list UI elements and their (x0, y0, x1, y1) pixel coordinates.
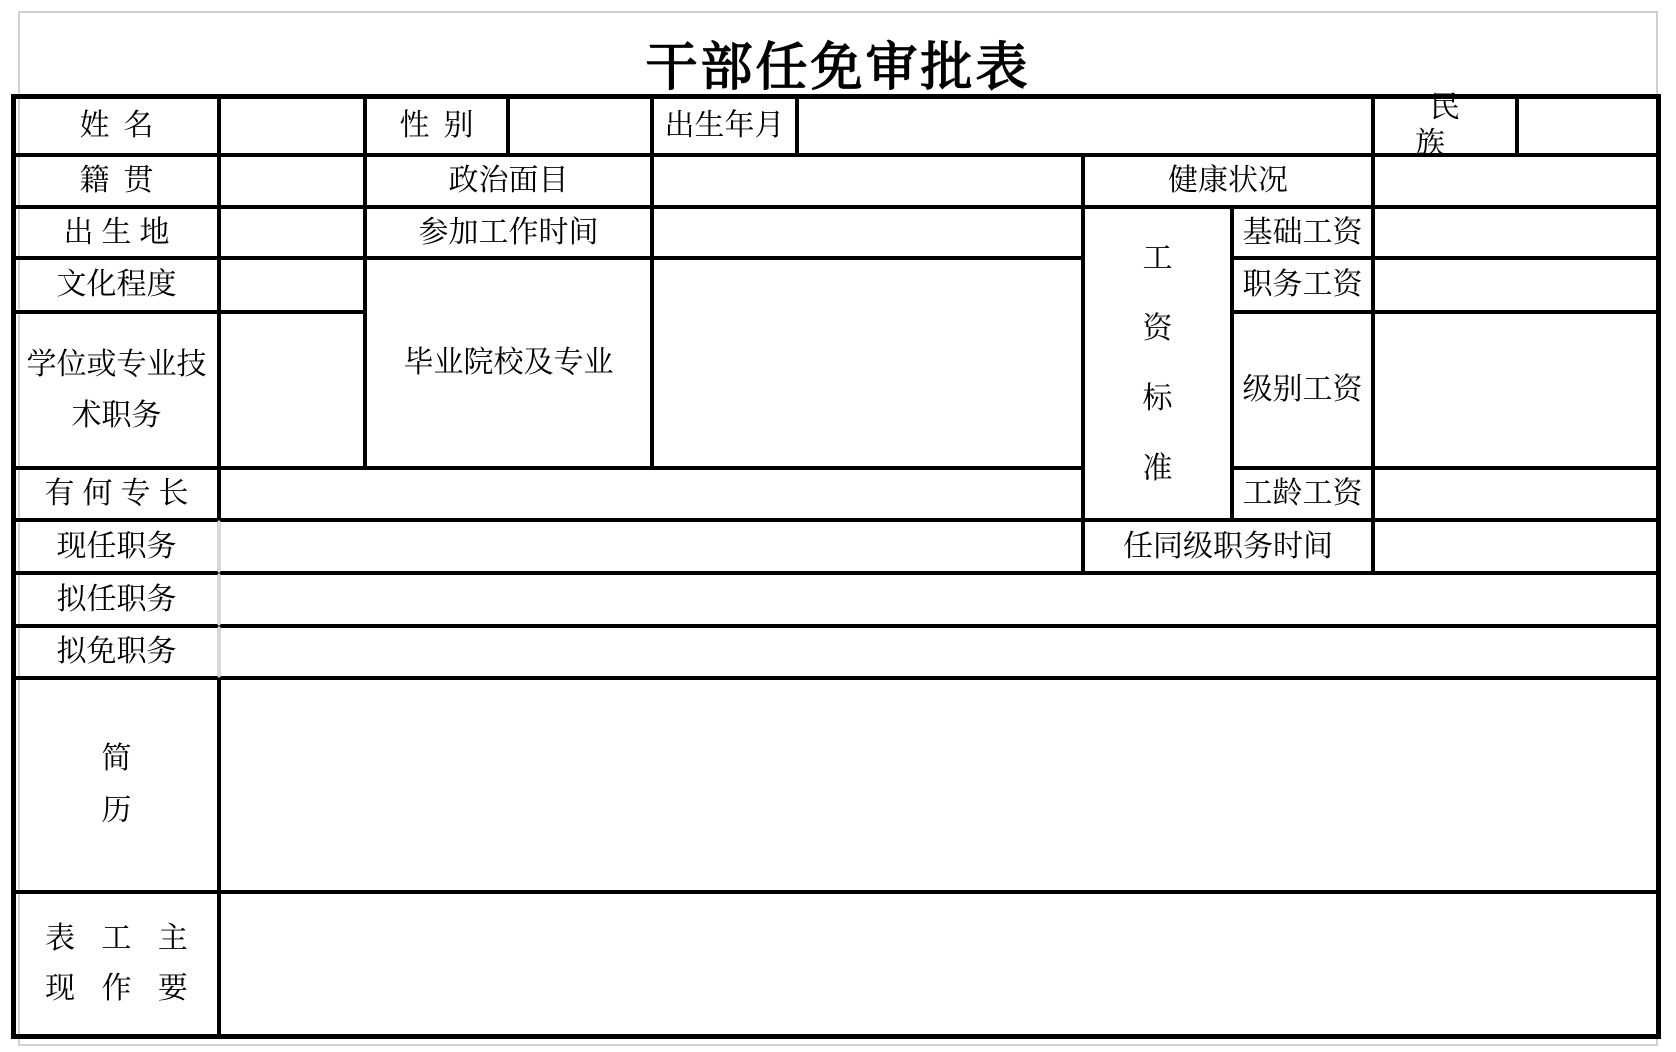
grade-salary-label-cell: 级别工资 (1232, 312, 1373, 468)
current-position-value-cell[interactable] (219, 520, 1083, 573)
specialty-value-cell[interactable] (219, 468, 1083, 520)
seniority-salary-value-cell[interactable] (1373, 468, 1658, 520)
native-place-value-cell[interactable] (219, 155, 365, 207)
position-salary-value-cell[interactable] (1373, 258, 1658, 312)
name-value-cell[interactable] (219, 97, 365, 155)
political-status-value-cell[interactable] (652, 155, 1083, 207)
page-edge-line-bottom (18, 1044, 1658, 1046)
work-start-value-cell[interactable] (652, 207, 1083, 258)
gender-value-cell[interactable] (508, 97, 652, 155)
removed-position-value-cell[interactable] (219, 626, 1658, 678)
native-place-label-cell: 籍贯 (14, 155, 219, 207)
work-start-label-cell: 参加工作时间 (365, 207, 652, 258)
education-label-cell: 文化程度 (14, 258, 219, 312)
name-label-cell: 姓名 (14, 97, 219, 155)
specialty-label-cell: 有何专长 (14, 468, 219, 520)
school-major-value-cell[interactable] (652, 258, 1083, 468)
birth-date-value-cell[interactable] (797, 97, 1373, 155)
birth-date-label-cell: 出生年月 (652, 97, 797, 155)
birthplace-value-cell[interactable] (219, 207, 365, 258)
ethnicity-value-cell[interactable] (1517, 97, 1658, 155)
grade-salary-value-cell[interactable] (1373, 312, 1658, 468)
degree-or-title-value-cell[interactable] (219, 312, 365, 468)
current-position-label-cell: 现任职务 (14, 520, 219, 573)
resume-label-cell: 简 历 (14, 678, 219, 892)
same-level-time-value-cell[interactable] (1373, 520, 1658, 573)
resume-value-cell[interactable] (219, 678, 1658, 892)
salary-standard-header-cell: 工 资 标 准 (1083, 207, 1232, 520)
base-salary-value-cell[interactable] (1373, 207, 1658, 258)
base-salary-label-cell: 基础工资 (1232, 207, 1373, 258)
proposed-position-label-cell: 拟任职务 (14, 573, 219, 626)
page-edge-line-top (18, 11, 1658, 13)
ethnicity-label-cell: 民族 (1373, 97, 1517, 155)
health-label-cell: 健康状况 (1083, 155, 1373, 207)
health-value-cell[interactable] (1373, 155, 1658, 207)
school-major-label-cell: 毕业院校及专业 (365, 258, 652, 468)
performance-label-cell: 表 工 主 现 作 要 (14, 892, 219, 1036)
degree-or-title-label-cell: 学位或专业技 术职务 (14, 312, 219, 468)
seniority-salary-label-cell: 工龄工资 (1232, 468, 1373, 520)
performance-value-cell[interactable] (219, 892, 1658, 1036)
political-status-label-cell: 政治面目 (365, 155, 652, 207)
gender-label-cell: 性别 (365, 97, 508, 155)
cadre-appointment-form-page: 干部任免审批表 姓名 性别 出生年月 民族 籍贯 政治面目 健康状况 出生地 参… (0, 0, 1676, 1052)
proposed-position-value-cell[interactable] (219, 573, 1658, 626)
position-salary-label-cell: 职务工资 (1232, 258, 1373, 312)
birthplace-label-cell: 出生地 (14, 207, 219, 258)
same-level-time-label-cell: 任同级职务时间 (1083, 520, 1373, 573)
removed-position-label-cell: 拟免职务 (14, 626, 219, 678)
education-value-cell[interactable] (219, 258, 365, 312)
